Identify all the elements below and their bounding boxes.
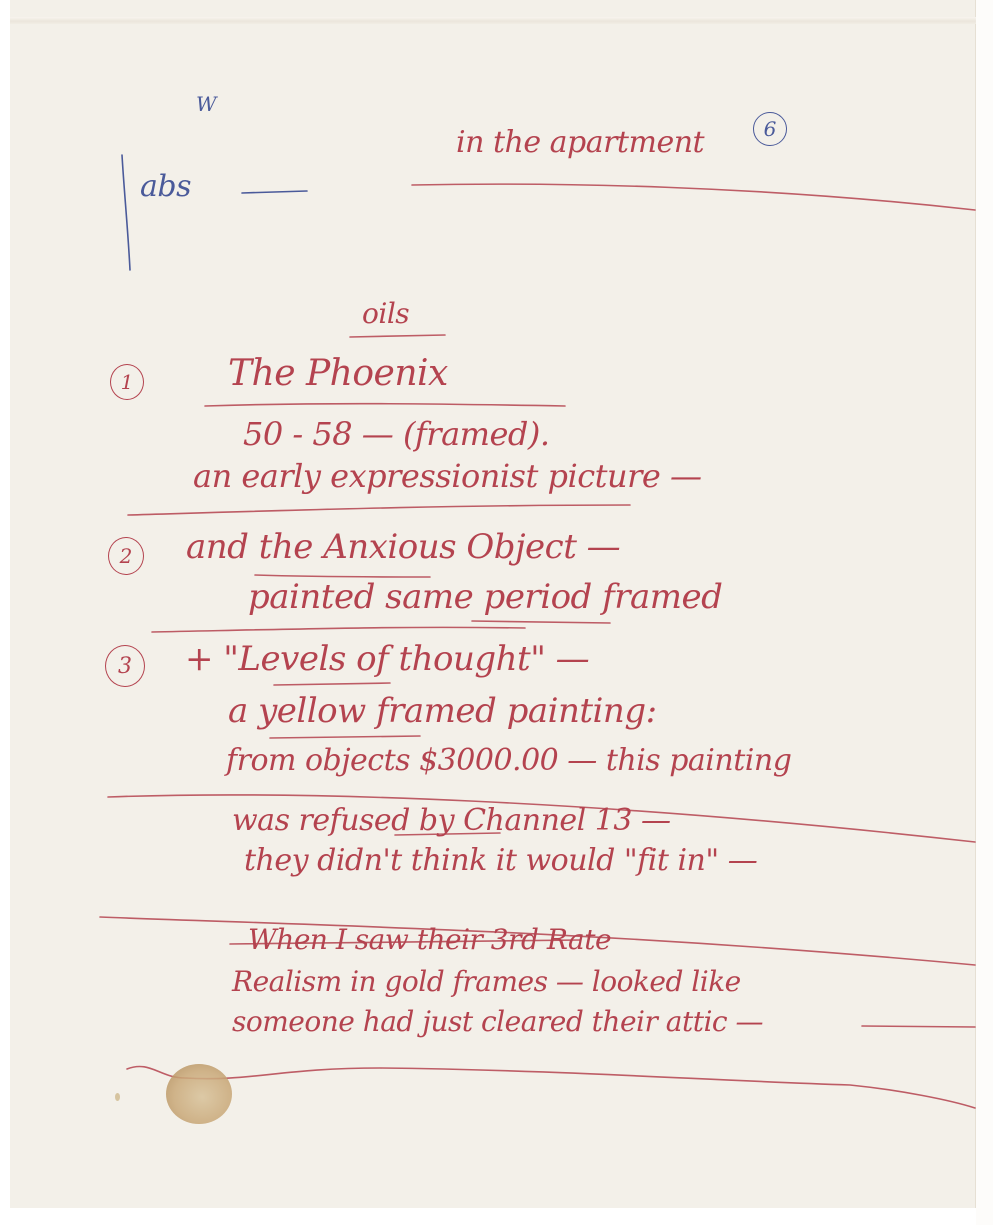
item-3-line-1: a yellow framed painting: (228, 694, 657, 728)
stain-speck (115, 1093, 120, 1101)
item-1-title: The Phoenix (228, 356, 448, 392)
section-heading: oils (362, 300, 409, 328)
item-number-3: 3 (105, 645, 145, 687)
closing-note-line-3: someone had just cleared their attic — (232, 1008, 763, 1036)
item-3-line-2: from objects $3000.00 — this painting (226, 746, 791, 776)
closing-note-line-2: Realism in gold frames — looked like (232, 968, 741, 996)
left-note: abs (140, 172, 191, 202)
page-number: 6 (764, 117, 777, 141)
item-2-title: and the Anxious Object — (186, 530, 620, 564)
item-number-1: 1 (110, 364, 144, 400)
item-2-line-1: painted same period framed (248, 580, 722, 614)
item-3-line-4: they didn't think it would "fit in" — (244, 846, 757, 876)
document-title: in the apartment (456, 128, 704, 158)
closing-note-line-1: When I saw their 3rd Rate (248, 926, 611, 954)
item-3-line-3: was refused by Channel 13 — (232, 806, 671, 836)
page-number-badge: 6 (753, 112, 787, 146)
item-3-title: + "Levels of thought" — (185, 642, 589, 676)
coffee-stain (166, 1064, 232, 1124)
item-1-line-2: an early expressionist picture — (193, 460, 702, 492)
item-1-line-1: 50 - 58 — (framed). (243, 418, 550, 450)
superscript-mark: W (196, 94, 216, 114)
item-number-2: 2 (108, 537, 144, 575)
